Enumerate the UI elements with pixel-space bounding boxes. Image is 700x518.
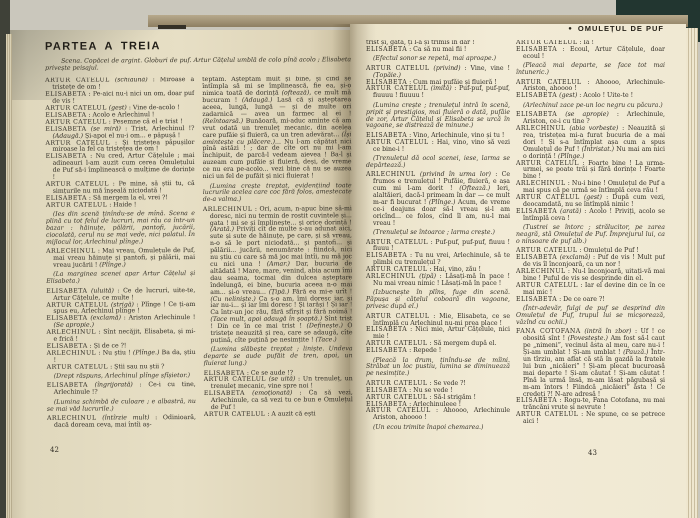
dialogue-line: ELISABETA (îngrijorată) : Ce-i cu tine, … <box>47 382 196 397</box>
stage-direction: (La marginea scenei apar Artur Cățelul ș… <box>46 271 195 286</box>
stage-direction: (Trenulețul se întoarce ; larma crește.) <box>366 230 510 237</box>
stage-direction: (Tustrei se întorc ; strălucitor, pe zar… <box>516 225 665 246</box>
inline-note: (arată) <box>560 208 581 215</box>
speaker-name: ARLECHINUL <box>516 125 566 132</box>
speaker-name: ARTUR CATELUL <box>204 376 266 383</box>
stage-direction: (Lumina schimbă de culoare ; e albastră,… <box>47 399 196 414</box>
speaker-name: ARLECHINUL <box>47 415 97 422</box>
stage-direction: (Un ecou trimite înapoi chemarea.) <box>366 425 510 432</box>
right-page-column-2: ARTUR CATELUL : Ia !ELISABETA : Ecoul, A… <box>516 40 665 454</box>
page-edges-right <box>686 28 698 518</box>
chapter-header: ●OMULEȚUL DE PUF <box>366 24 666 33</box>
dialogue-line: ELISABETA (se apropie) : Arlechinule, Ar… <box>516 112 665 126</box>
stage-direction: (Pleacă la drum, ținîndu-se de mîini. St… <box>366 358 510 379</box>
dialogue-line: ELISABETA (exclamă) : Puf de vis ! Mult … <box>516 255 665 269</box>
speaker-name: ELISABETA <box>204 390 245 397</box>
dialogue-line: ELISABETA : Repede ! <box>366 348 510 355</box>
page-number-right: 43 <box>588 449 597 457</box>
speaker-name: ARTUR CATELUL <box>366 313 429 320</box>
dialogue-line: ELISABETA (emoționată) : Ca să vezi, Arl… <box>204 390 353 411</box>
dialogue-line: ARTUR CATELUL (privind) : Vine, vine ! (… <box>366 66 510 80</box>
speaker-name: ARTUR CATELUL <box>516 411 578 418</box>
speaker-name: ARTUR CATELUL <box>516 79 581 86</box>
speaker-name: ELISABETA <box>516 254 557 261</box>
dialogue-line: ARTUR CATELUL : Știi sau nu știi ? <box>47 364 196 372</box>
dialogue-line: ARTUR CATELUL : Iar el devine din ce în … <box>516 283 665 297</box>
speaker-name: ELISABETA <box>366 46 407 53</box>
inline-note: (se miră) <box>91 125 121 132</box>
inline-note: (se apropie) <box>565 111 609 118</box>
speaker-name: ARLECHINUL <box>516 180 566 187</box>
dialogue-line: ARTUR CATELUL : Hai, vino, vino să vezi … <box>366 140 510 154</box>
speaker-name: ARLECHINUL <box>516 268 566 275</box>
speaker-name: ELISABETA <box>516 46 557 53</box>
dialogue-line: ARLECHINUL (abia vorbește) : Neauzită și… <box>516 126 665 161</box>
speaker-name: ARLECHINUL <box>46 329 96 336</box>
dialogue-line: ELISABETA : Ca să nu mai fii ! <box>366 47 510 54</box>
left-page-column-1: ARTUR CATELUL (schiaună) : Miroase a tri… <box>45 77 196 440</box>
stage-direction: (Drept răspuns, Arlechinul plînge sfîșie… <box>47 373 196 381</box>
right-page-columns: trist și, gata, ți l-a și trimis în dar … <box>366 40 666 454</box>
speaker-name: ELISABETA <box>366 326 407 333</box>
speaker-name: ELISABETA <box>366 252 407 259</box>
speaker-name: ARTUR CATELUL <box>204 411 265 418</box>
speaker-name: ARTUR CATELUL <box>366 85 428 92</box>
speaker-name: ARTUR CATELUL <box>47 363 108 370</box>
dialogue-line: ARTUR CATELUL : Ahoooo, Arlechinule Aris… <box>366 408 510 422</box>
speaker-name: ARTUR CATELUL <box>46 301 108 308</box>
dialogue-line: ARTUR CATELUL : Ahoooo, Arlechinule-Aris… <box>516 80 665 94</box>
speaker-name: ELISABETA <box>516 296 557 303</box>
speaker-name: ARTUR CATELUL <box>366 239 428 246</box>
stage-direction: (Efectul sonor se repetă, mai aproape.) <box>366 56 510 63</box>
inline-note: (emoționată) <box>252 390 292 397</box>
speaker-name: ARLECHINUL <box>366 171 416 178</box>
speaker-name: ELISABETA <box>516 208 557 215</box>
inline-note: (gest) <box>559 92 577 99</box>
page-edges-left <box>6 34 12 518</box>
bullet-icon: ● <box>568 26 573 32</box>
dialogue-line: ARLECHINUL : Mai vreau, Omulețule de Puf… <box>46 248 195 269</box>
dialogue-line: ELISABETA : Nu cred, Artur Cățelule ; ma… <box>46 153 195 181</box>
speaker-name: ARTUR CATELUL <box>516 160 579 167</box>
speaker-name: ARTUR CATELUL <box>516 282 578 289</box>
speaker-name: ARTUR CATELUL <box>45 77 110 84</box>
dialogue-line: ARLECHINUL (privind în urma lor) : Ce fr… <box>366 172 510 227</box>
book-scan: PARTEA A TREIA Scena. Copăcei de argint.… <box>0 0 700 518</box>
inline-note: (abia vorbește) <box>569 125 618 132</box>
speaker-name: ELISABETA <box>46 287 87 294</box>
speaker-name: ARTUR CATELUL <box>366 407 431 414</box>
dialogue-line: ARTUR CATELUL : Mie, Elisabeta, ce se în… <box>366 314 510 328</box>
speaker-name: ELISABETA <box>46 153 87 160</box>
chapter-title: OMULEȚUL DE PUF <box>578 24 664 33</box>
left-page-columns: ARTUR CATELUL (schiaună) : Miroase a tri… <box>45 77 353 441</box>
speaker-name: ELISABETA <box>47 382 88 389</box>
dialogue-line: ELISABETA : Tu nu vrei, Arlechinule, să … <box>366 253 510 267</box>
dialogue-line: ELISABETA : De ce oare ?! <box>516 297 665 304</box>
inline-note: (uluită) <box>91 287 114 294</box>
speaker-name: ARTUR CATELUL <box>45 139 110 146</box>
inline-note: (schiaună) <box>115 77 148 83</box>
left-page-content: PARTEA A TREIA Scena. Copăcei de argint.… <box>45 39 353 440</box>
dialogue-line: ARLECHINUL : Ori, acum, n-apuc bine să-m… <box>203 206 353 345</box>
stage-direction: (Lumina crește ; trenulețul intră în sce… <box>366 103 510 131</box>
speaker-name: ELISABETA <box>516 92 557 99</box>
dialogue-line: ARTUR CATELUL (gest) : După cum vezi, de… <box>516 195 665 209</box>
dialogue-continuation: teptam. Așteptam mult și bine, și cînd s… <box>202 77 352 181</box>
stage-direction: (Izbucnește în plîns, fuge din scenă. Pă… <box>366 290 510 311</box>
cover-edge-mark <box>158 25 186 29</box>
stage-direction: (Ies din scenă ținîndu-se de mînă. Scena… <box>46 211 195 246</box>
dialogue-line: ARTUR CATELUL : Puf-puf, puf-puf, fiuuu … <box>366 240 510 254</box>
inline-note: (privind) <box>433 65 460 72</box>
inline-note: (strigă) <box>111 301 134 308</box>
inline-note: (se uită) <box>269 376 296 383</box>
dialogue-line: ELISABETA : Rogu-te, Fana Cotofana, nu m… <box>516 398 665 412</box>
inline-note: (îngrijorată) <box>95 382 133 389</box>
dialogue-line: ELISABETA (gest) : Acolo ! Uite-te ! <box>516 93 665 100</box>
inline-note: (exclamă) <box>90 315 121 322</box>
scene-intro: Scena. Copăcei de argint. Globuri de puf… <box>45 56 351 72</box>
dialogue-line: ARTUR CATELUL (imită) : Puf-puf, puf-puf… <box>366 86 510 100</box>
dialogue-line: ARLECHINUL : Nu-l înconjoară, uitați-vă … <box>516 269 665 283</box>
speaker-name: ELISABETA <box>516 111 557 118</box>
right-page-content: ●OMULEȚUL DE PUF trist și, gata, ți l-a … <box>366 24 666 454</box>
dialogue-line: ARTUR CATELUL : A auzit că ești <box>204 411 353 419</box>
dialogue-line: ARLECHINUL (întîrzie mult) : Odinioară, … <box>47 415 196 430</box>
dialogue-line: ARLECHINUL : Nu-i bine ! Omulețul de Puf… <box>516 181 665 195</box>
dialogue-line: ARTUR CATELUL : Haide ! <box>46 202 195 210</box>
speaker-name: ARLECHINUL <box>366 273 416 280</box>
speaker-name: ARTUR CATELUL <box>366 139 429 146</box>
speaker-name: ARTUR CATELUL <box>46 201 107 208</box>
inline-note: (exclamă) <box>560 254 591 261</box>
dialogue-line: FANA COTOFANA (intră în zbor) : Uf ! ce … <box>516 329 665 398</box>
speaker-name: ARTUR CATELUL <box>516 194 580 201</box>
inline-note: (imită) <box>431 85 452 92</box>
speaker-name: ARLECHINUL <box>47 349 97 356</box>
speaker-name: ELISABETA <box>45 91 86 98</box>
stage-direction: (Pleacă mai departe, se face tot mai înt… <box>516 63 665 77</box>
left-page-column-2: teptam. Așteptam mult și bine, și cînd s… <box>202 77 353 440</box>
dialogue-line: ELISABETA : Nici mie, Artur Cățelule, ni… <box>366 327 510 341</box>
page-number-left: 42 <box>50 446 59 454</box>
stage-direction: (Într-adevăr, fulgi de puf se desprind d… <box>516 306 665 327</box>
dialogue-line: ELISABETA : Ecoul, Artur Cățelule, doar … <box>516 47 665 61</box>
speaker-name: ELISABETA <box>366 347 407 354</box>
inline-note: (țipă) <box>419 273 436 280</box>
dialogue-line: ARTUR CATELUL : Foarte bine ! La urma-ur… <box>516 161 665 182</box>
dialogue-line: ARTUR CATELUL : Ne spune, ce se petrece … <box>516 412 665 426</box>
speaker-name: ARTUR CATELUL <box>46 180 109 187</box>
speaker-name: ARLECHINUL <box>46 248 96 255</box>
stage-direction: (Lumina crește treptat, evidențiind toat… <box>203 183 352 204</box>
speaker-name: ELISABETA <box>516 397 557 404</box>
dialogue-line: ELISABETA (arată) : Acolo ! Priviți, aco… <box>516 209 665 223</box>
right-page-column-1: trist și, gata, ți l-a și trimis în dar … <box>366 40 510 454</box>
speaker-name: ARLECHINUL <box>203 205 253 212</box>
dialogue-line: ARLECHINUL (țipă) : Lăsați-mă în pace ! … <box>366 274 510 288</box>
stage-direction: (Trenulețul dă ocol scenei, iese, larma … <box>366 156 510 170</box>
inline-note: (privind în urma lor) <box>420 171 491 178</box>
stage-direction: (Lumina slăbește treptat ; liniște. Unde… <box>204 347 353 368</box>
part-title: PARTEA A TREIA <box>45 39 351 53</box>
dialogue-line: ARLECHINUL : Nu știu ! (Plînge.) Ba da, … <box>47 350 196 365</box>
stage-direction: (Arlechinul zace pe-un loc negru cu păcu… <box>516 103 665 110</box>
inline-note: (gest) <box>584 194 602 201</box>
inline-note: (întîrzie mult) <box>102 414 149 421</box>
